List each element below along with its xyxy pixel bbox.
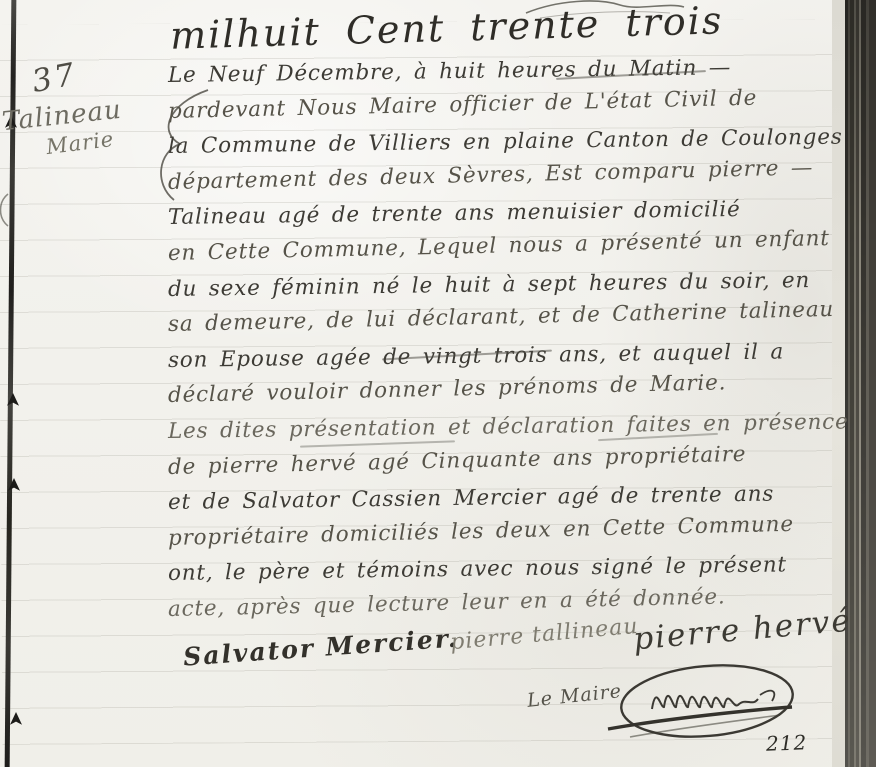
stray-mark <box>0 192 12 228</box>
page-number: 212 <box>766 730 808 755</box>
act-body: Le Neuf Décembre, à huit heures du Matin… <box>168 58 863 628</box>
year-title: milhuit Cent trente trois <box>169 0 723 58</box>
ink-blot <box>10 712 22 728</box>
signature-salvator-mercier: Salvator Mercier. <box>182 623 459 671</box>
margin-record-number: 37 <box>29 56 80 100</box>
register-page-scan: 37 Talineau Marie milhuit Cent trente tr… <box>0 0 876 767</box>
